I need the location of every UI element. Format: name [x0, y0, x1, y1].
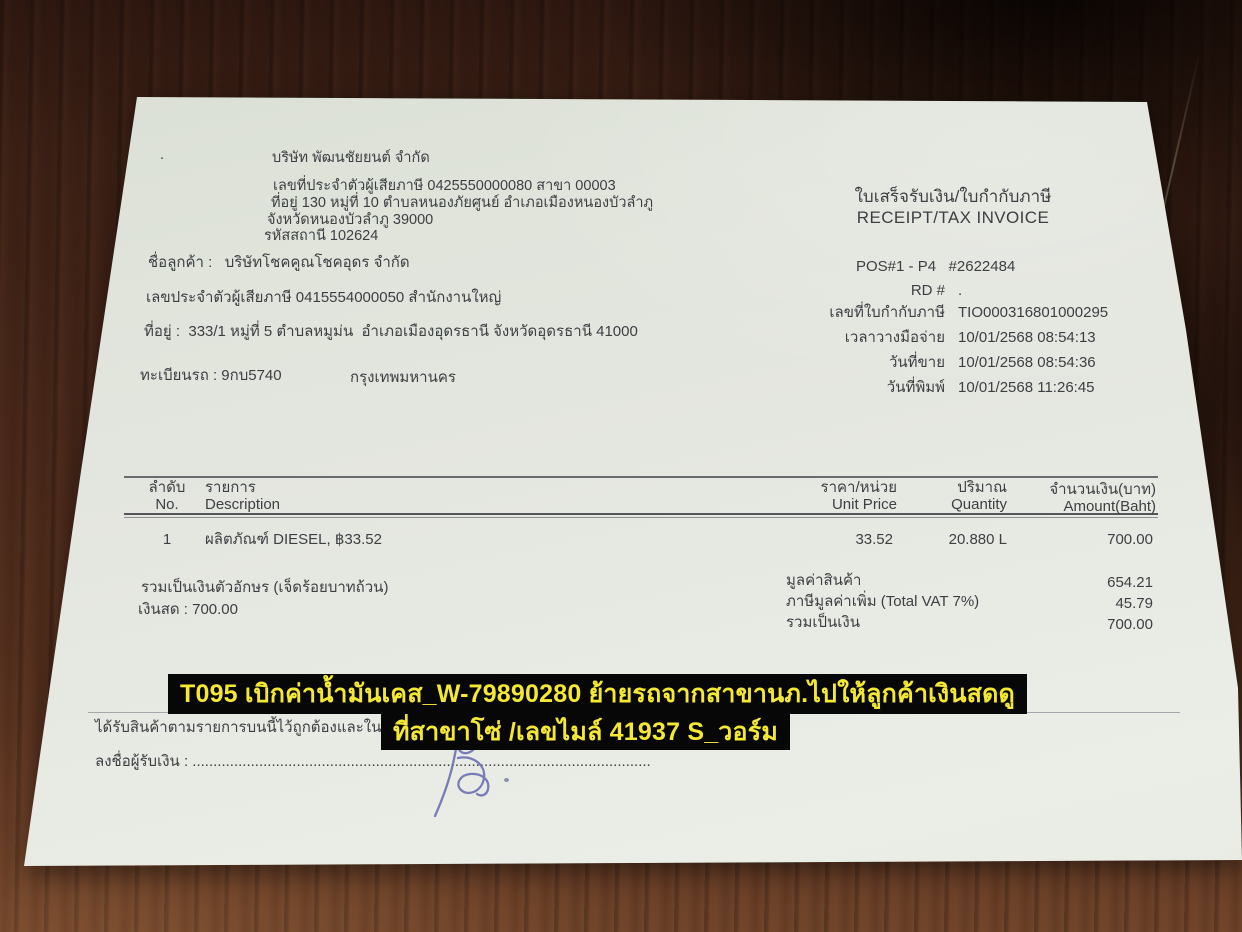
doc-title-english: RECEIPT/TAX INVOICE [857, 207, 1049, 228]
col-desc-th: รายการ [205, 479, 256, 498]
print-date-label: วันที่พิมพ์ [887, 379, 945, 398]
col-amount-th: จำนวนเงิน(บาท) [1049, 481, 1156, 500]
col-qty-th: ปริมาณ [957, 479, 1007, 498]
vehicle-registration: ทะเบียนรถ : 9กบ5740 [140, 367, 282, 386]
col-unitprice-en: Unit Price [832, 496, 897, 515]
grand-total-value: 700.00 [1107, 616, 1153, 635]
pos-terminal-line: POS#1 - P4 #2622484 [856, 258, 1015, 277]
vehicle-province: กรุงเทพมหานคร [350, 369, 456, 388]
subtotal-label: มูลค่าสินค้า [786, 572, 861, 591]
amount-in-words: รวมเป็นเงินตัวอักษร (เจ็ดร้อยบาทถ้วน) [141, 579, 388, 598]
col-unitprice-th: ราคา/หน่วย [821, 479, 897, 498]
sale-date-value: 10/01/2568 08:54:36 [958, 354, 1096, 373]
invoice-no-value: TIO000316801000295 [958, 304, 1108, 323]
col-no-en: No. [155, 496, 178, 515]
receiver-sign-line: ลงชื่อผู้รับเงิน : .....................… [95, 753, 651, 772]
seller-address-line1: ที่อยู่ 130 หมู่ที่ 10 ตำบลหนองภัยศูนย์ … [271, 194, 653, 212]
photo-scene: . บริษัท พัฒนชัยยนต์ จำกัด เลขที่ประจำตั… [0, 0, 1242, 932]
item-row-no: 1 [163, 531, 171, 550]
seller-name: บริษัท พัฒนชัยยนต์ จำกัด [272, 149, 430, 167]
col-qty-en: Quantity [951, 496, 1007, 515]
item-row-quantity: 20.880 L [949, 531, 1007, 550]
item-row-amount: 700.00 [1107, 531, 1153, 550]
sale-date-label: วันที่ขาย [889, 354, 945, 373]
pay-time-value: 10/01/2568 08:54:13 [958, 329, 1096, 348]
customer-name-line: ชื่อลูกค้า : บริษัทโชคคูณโชคอุดร จำกัด [148, 254, 410, 273]
invoice-no-label: เลขที่ใบกำกับภาษี [829, 304, 945, 323]
grand-total-label: รวมเป็นเงิน [786, 614, 860, 633]
vat-label: ภาษีมูลค่าเพิ่ม (Total VAT 7%) [786, 593, 979, 612]
item-row-description: ผลิตภัณฑ์ DIESEL, ฿33.52 [205, 531, 382, 550]
vat-value: 45.79 [1115, 595, 1153, 614]
receipt-paper [0, 0, 1242, 932]
col-no-th: ลำดับ [149, 479, 186, 498]
subtotal-value: 654.21 [1107, 574, 1153, 593]
rd-value: . [958, 282, 962, 301]
pay-time-label: เวลาวางมือจ่าย [845, 329, 945, 348]
goods-received-statement: ได้รับสินค้าตามรายการบนนี้ไว้ถูกต้องและใ… [95, 719, 381, 738]
annotation-overlay-line1: T095 เบิกค่าน้ำมันเคส_W-79890280 ย้ายรถจ… [168, 674, 1027, 714]
col-desc-en: Description [205, 496, 280, 515]
table-rule-header-bottom-2 [124, 517, 1158, 518]
col-amount-en: Amount(Baht) [1063, 498, 1156, 517]
stray-dot-mark: . [160, 146, 164, 164]
customer-address-line: ที่อยู่ : 333/1 หมู่ที่ 5 ตำบลหมูม่น อำเ… [144, 323, 638, 342]
seller-tax-id-line: เลขที่ประจำตัวผู้เสียภาษี 0425550000080 … [273, 177, 616, 195]
rd-label: RD # [911, 282, 945, 301]
pen-dot-mark [504, 778, 509, 782]
annotation-overlay-line2: ที่สาขาโซ่ /เลขไมล์ 41937 S_วอร์ม [381, 714, 790, 750]
item-row-unit-price: 33.52 [855, 531, 893, 550]
seller-station-code: รหัสสถานี 102624 [264, 227, 378, 245]
cash-paid-line: เงินสด : 700.00 [138, 601, 238, 620]
customer-tax-line: เลขประจำตัวผู้เสียภาษี 0415554000050 สำน… [146, 289, 501, 308]
receipt-paper-shadow [0, 0, 1242, 932]
doc-title-thai: ใบเสร็จรับเงิน/ใบกำกับภาษี [855, 186, 1052, 207]
table-rule-top [124, 476, 1158, 478]
print-date-value: 10/01/2568 11:26:45 [958, 379, 1095, 398]
